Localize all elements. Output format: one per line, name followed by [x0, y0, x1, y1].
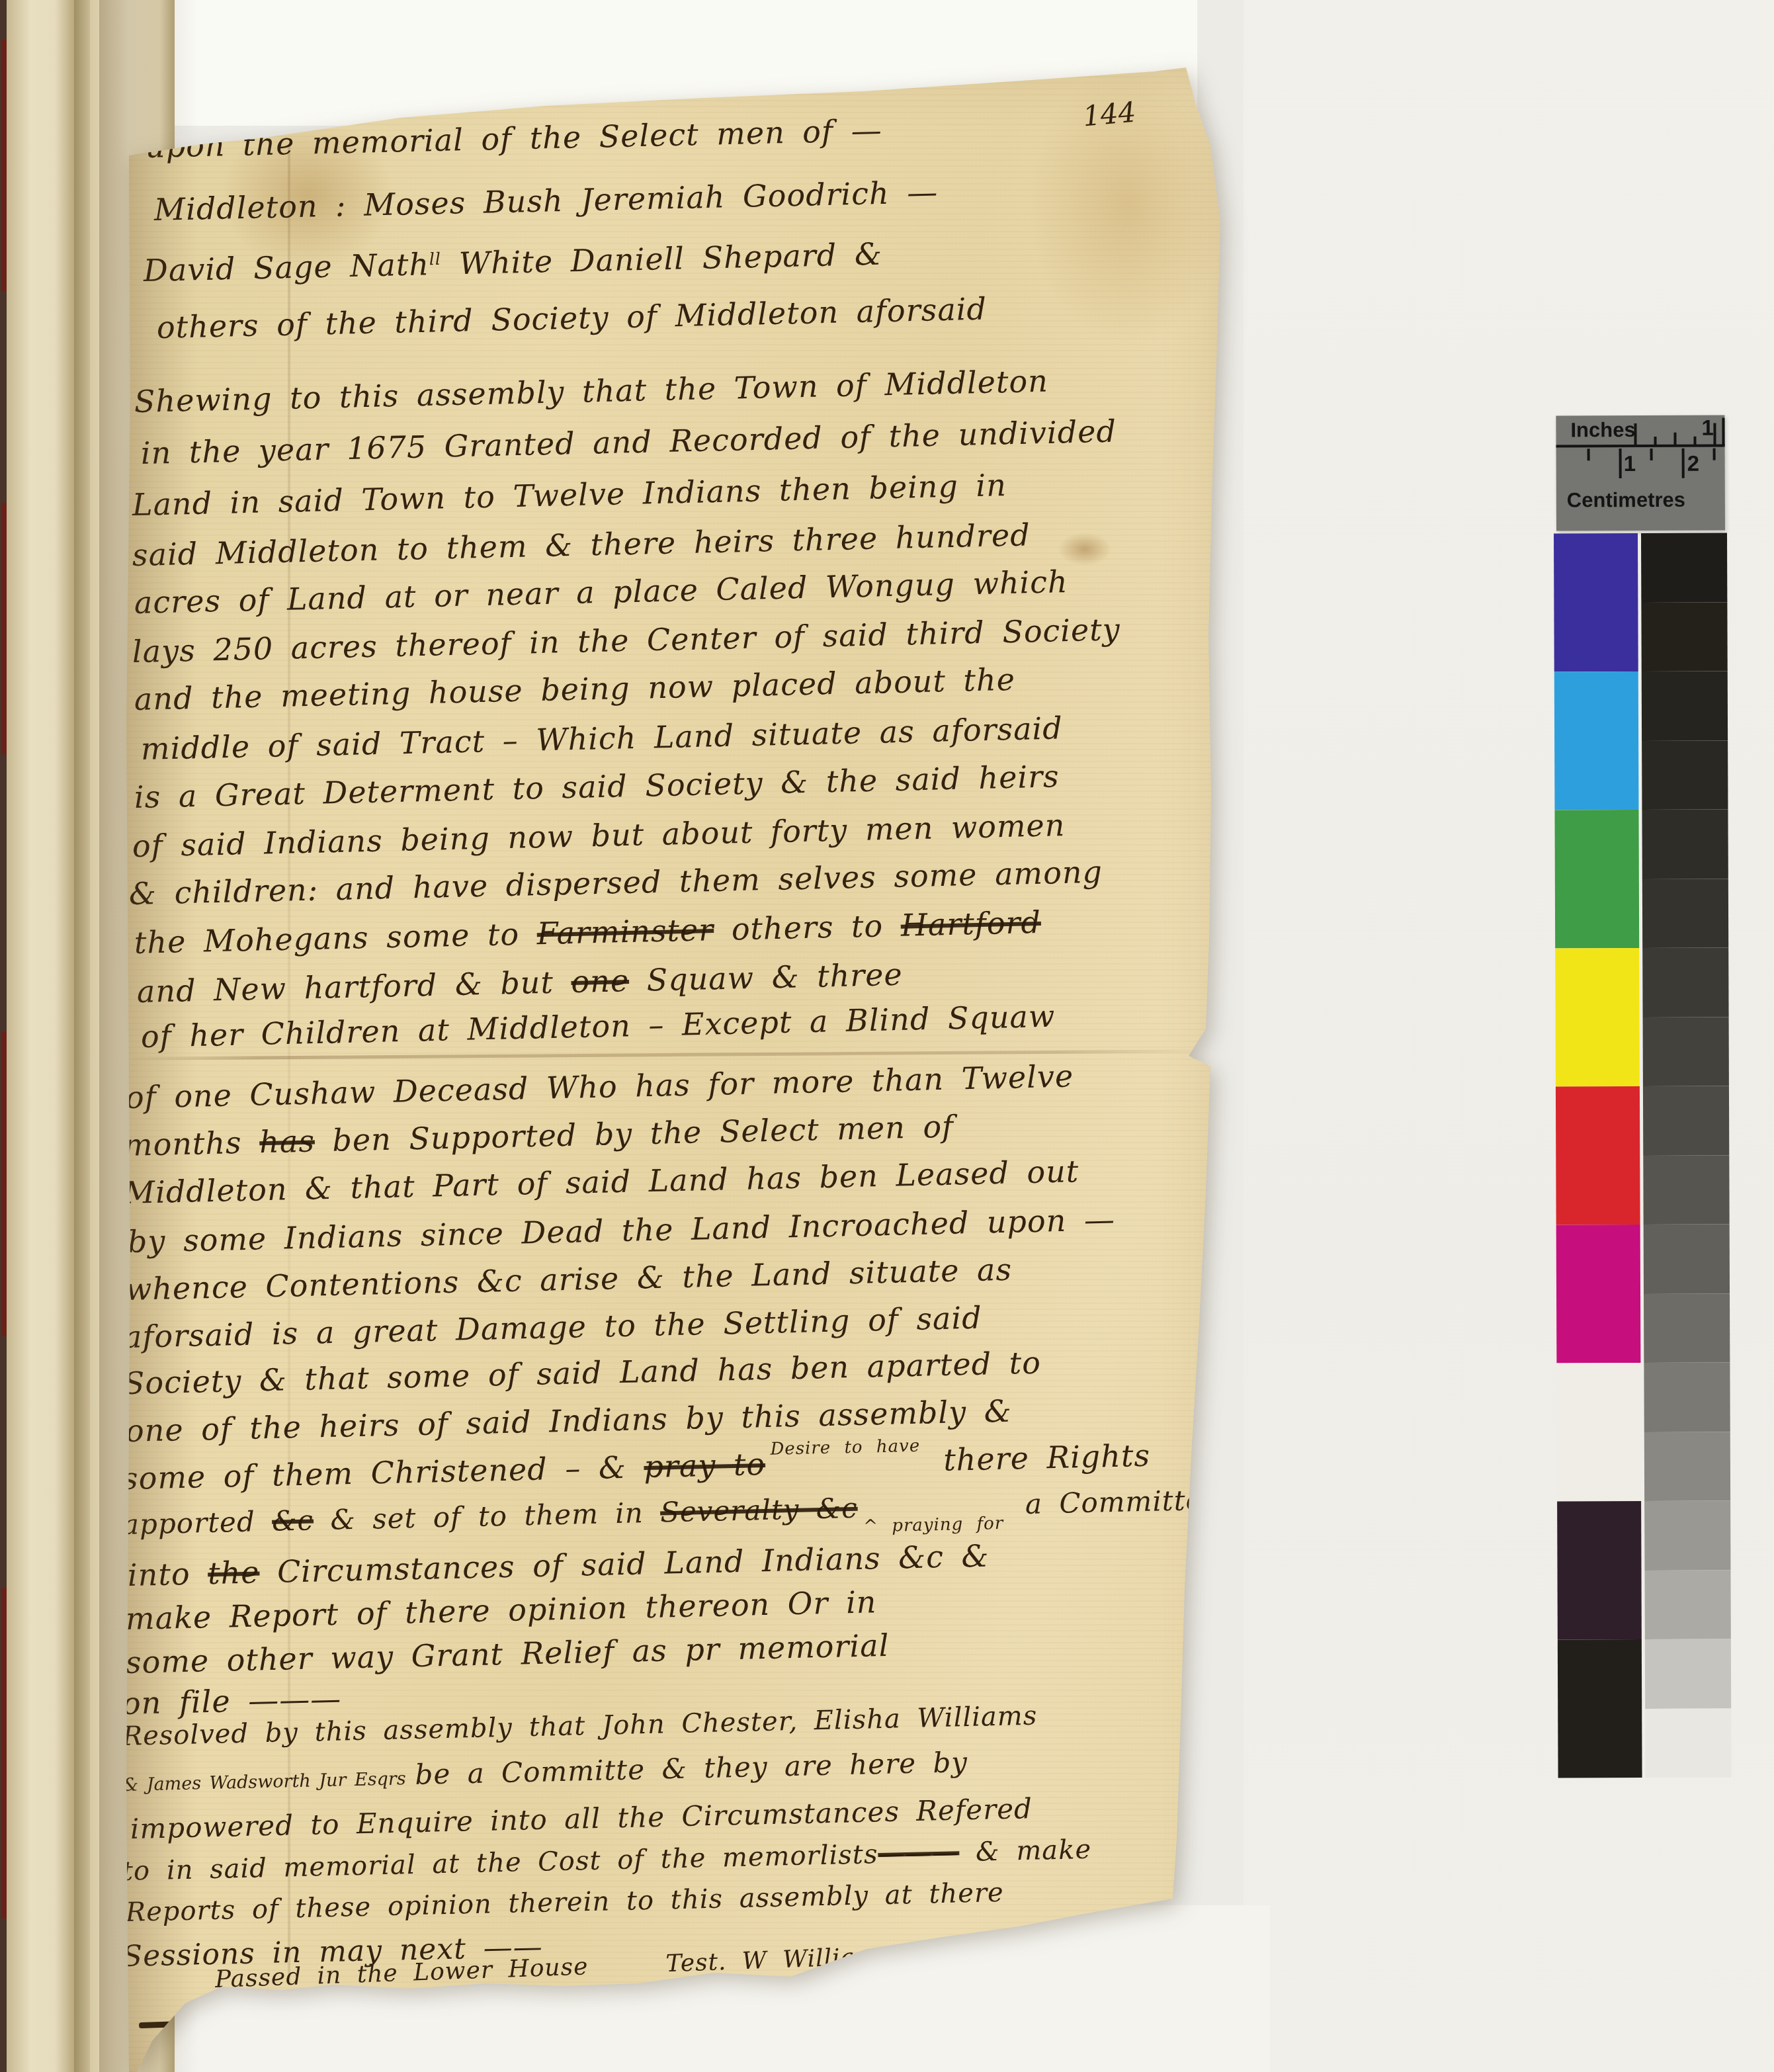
color-patch-magenta	[1556, 1225, 1641, 1363]
inches-label: Inches	[1570, 418, 1635, 442]
manuscript-line: David Sage Nathll White Daniell Shepard …	[143, 236, 882, 288]
color-patch-black	[1558, 1639, 1642, 1778]
manuscript-line: & James Wadsworth Jur Esqrsbe a Committe…	[122, 1746, 968, 1797]
inserted-text: Desire to have	[770, 1436, 920, 1459]
binding-stub-shadow	[74, 0, 91, 2072]
color-patch-blue	[1554, 671, 1639, 810]
centimetres-label: Centimetres	[1567, 488, 1685, 513]
grayscale-step-11	[1644, 1293, 1730, 1363]
manuscript-line: of said Indians being now but about fort…	[132, 807, 1066, 864]
scanned-manuscript-photo: 144 upon the memorial of the Select men …	[0, 0, 1774, 2072]
ruler-tick	[1650, 449, 1653, 460]
manuscript-text: to in said memorial at the Cost of the m…	[122, 1839, 878, 1887]
grayscale-step-15	[1644, 1570, 1730, 1639]
manuscript-line: Reports of these opinion therein to this…	[125, 1878, 1004, 1928]
grayscale-step-1	[1641, 602, 1727, 671]
grayscale-step-14	[1644, 1501, 1730, 1571]
struck-text: ———	[878, 1837, 960, 1870]
binding-stub	[7, 0, 75, 2072]
manuscript-line: lays 250 acres thereof in the Center of …	[132, 611, 1120, 669]
color-patch-white	[1556, 1363, 1641, 1501]
color-patch-yellow	[1555, 948, 1640, 1086]
manuscript-line: some other way Grant Relief as pr memori…	[125, 1627, 889, 1680]
manuscript-text: some of them Christened – &	[122, 1449, 644, 1496]
inserted-text: ^ praying for	[863, 1514, 1004, 1537]
manuscript-text: apported	[122, 1505, 272, 1541]
cm-tick-label: 2	[1687, 451, 1699, 476]
manuscript-line: Middleton : Moses Bush Jeremiah Goodrich…	[153, 174, 938, 228]
manuscript-line: impowered to Enquire into all the Circum…	[130, 1792, 1033, 1845]
manuscript-line: by some Indians since Dead the Land Incr…	[127, 1201, 1115, 1260]
manuscript-line: others of the third Society of Middleton…	[156, 291, 987, 345]
manuscript-text: ben Supported by the Select men of	[314, 1109, 954, 1159]
grayscale-step-2	[1642, 671, 1728, 741]
grayscale-step-7	[1643, 1017, 1729, 1086]
manuscript-line: of one Cushaw Deceasd Who has for more t…	[125, 1058, 1074, 1115]
cm-tick-label: 1	[1624, 451, 1636, 476]
ruler-tick	[1673, 433, 1676, 446]
color-patch-red	[1556, 1086, 1640, 1225]
manuscript-line: in the year 1675 Granted and Recorded of…	[140, 413, 1117, 471]
manuscript-text: be a Committe & they are here by	[415, 1746, 968, 1791]
manuscript-line: and the meeting house being now placed a…	[134, 662, 1015, 717]
manuscript-line: aforsaid is a great Damage to the Settli…	[123, 1300, 982, 1355]
struck-text: has	[259, 1123, 316, 1160]
struck-text: the	[207, 1554, 260, 1591]
manuscript-text: ll	[429, 249, 441, 269]
manuscript-page: 144 upon the memorial of the Select men …	[122, 66, 1224, 2072]
manuscript-line: said Middleton to them & there heirs thr…	[132, 517, 1031, 573]
ruler-tick	[1587, 449, 1590, 460]
manuscript-text: & make	[959, 1835, 1092, 1868]
manuscript-line: make Report of there opinion thereon Or …	[125, 1584, 877, 1637]
grayscale-step-6	[1642, 948, 1728, 1017]
manuscript-text: David Sage Nath	[143, 246, 429, 288]
grayscale-step-12	[1644, 1363, 1730, 1432]
struck-text: one	[571, 963, 630, 1000]
paper-stain	[1058, 533, 1111, 566]
ruler-line	[1556, 445, 1725, 448]
manuscript-line: Land in said Town to Twelve Indians then…	[132, 467, 1007, 523]
manuscript-text: there Rights	[925, 1438, 1150, 1479]
manuscript-line: Shewing to this assembly that the Town o…	[134, 363, 1048, 419]
torn-ink-fragment	[202, 2034, 248, 2040]
struck-text: &c	[272, 1504, 314, 1537]
color-patch-column	[1554, 533, 1642, 1778]
grayscale-step-10	[1644, 1225, 1730, 1294]
grayscale-step-0	[1641, 533, 1727, 603]
ruler-tick	[1722, 418, 1724, 446]
manuscript-line: Society & that some of said Land has ben…	[123, 1345, 1041, 1401]
ruler-tick	[1634, 423, 1636, 446]
manuscript-text: into	[127, 1555, 208, 1593]
manuscript-text: and New hartford & but	[136, 964, 571, 1010]
torn-ink-fragment	[139, 2016, 337, 2028]
color-patch-indigo	[1554, 533, 1638, 671]
manuscript-line: acres of Land at or near a place Caled W…	[134, 564, 1068, 621]
inserted-text: & James Wadsworth Jur Esqrs	[122, 1768, 406, 1795]
grayscale-step-4	[1642, 810, 1728, 879]
ruler-tick	[1713, 449, 1716, 460]
manuscript-line: some of them Christened – & pray toDesir…	[122, 1438, 1150, 1496]
struck-text: Hartford	[900, 904, 1041, 943]
struck-text: Farminster	[536, 912, 714, 951]
struck-text: Severalty &c	[660, 1492, 859, 1529]
inch-tick-label: 1	[1701, 415, 1713, 441]
ruler-tick	[1619, 449, 1622, 478]
color-patch-green	[1554, 810, 1639, 948]
manuscript-line: of her Children at Middleton – Except a …	[140, 998, 1055, 1055]
calibration-ruler: Inches 1 1 2 Centimetres	[1556, 415, 1725, 531]
color-calibration-bar: Inches 1 1 2 Centimetres	[1553, 415, 1732, 1786]
grayscale-step-17	[1645, 1708, 1731, 1778]
page-number: 144	[1081, 96, 1137, 133]
manuscript-line: months has ben Supported by the Select m…	[123, 1109, 954, 1163]
manuscript-line: & children: and have dispersed them selv…	[128, 854, 1103, 912]
grayscale-step-3	[1642, 740, 1728, 810]
color-patch-dark-plum	[1557, 1501, 1642, 1639]
manuscript-line: whence Contentions &c arise & the Land s…	[125, 1252, 1012, 1307]
manuscript-text: & set of to them in	[313, 1496, 660, 1537]
ruler-tick	[1682, 449, 1685, 478]
grayscale-step-5	[1642, 879, 1728, 948]
grayscale-step-8	[1643, 1086, 1729, 1156]
manuscript-text: others to	[714, 908, 902, 947]
manuscript-line: is a Great Determent to said Society & t…	[134, 758, 1060, 815]
manuscript-line: middle of said Tract – Which Land situat…	[140, 710, 1063, 767]
manuscript-text: Circumstances of said Land Indians &c &	[259, 1537, 990, 1590]
manuscript-line: Middleton & that Part of said Land has b…	[123, 1153, 1079, 1211]
manuscript-line: the Mohegans some to Farminster others t…	[134, 904, 1041, 961]
grayscale-step-16	[1645, 1639, 1731, 1709]
grayscale-column	[1641, 533, 1732, 1778]
grayscale-step-9	[1643, 1155, 1729, 1225]
struck-text: pray to	[644, 1446, 766, 1485]
ruler-tick	[1713, 423, 1716, 446]
manuscript-line: on file ———	[122, 1680, 341, 1721]
manuscript-line: upon the memorial of the Select men of —	[145, 112, 882, 165]
manuscript-text: Squaw & three	[628, 957, 903, 998]
grayscale-step-13	[1644, 1432, 1730, 1501]
ruler-tick	[1693, 437, 1696, 446]
manuscript-text: White Daniell Shepard &	[441, 236, 883, 282]
manuscript-text: the Mohegans some to	[134, 916, 537, 961]
ruler-tick	[1654, 437, 1656, 446]
manuscript-paper: 144 upon the memorial of the Select men …	[122, 66, 1224, 2072]
manuscript-line: and New hartford & but one Squaw & three	[136, 957, 903, 1010]
manuscript-text: months	[123, 1124, 259, 1163]
